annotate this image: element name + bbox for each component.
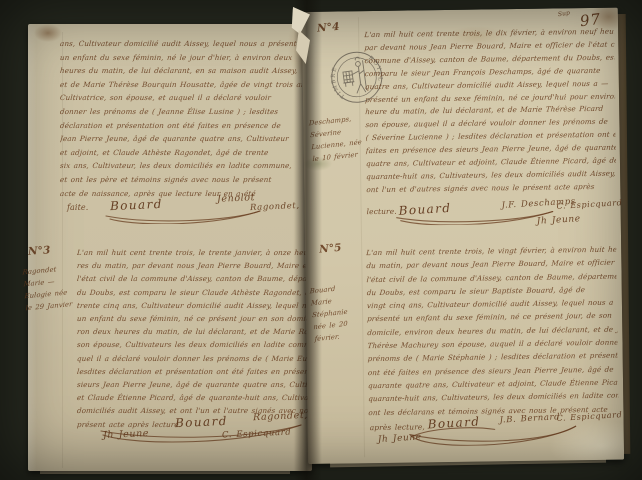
manuscript-line: six ans, Cultivateur, les deux domicilié… — [60, 159, 302, 173]
manuscript-line: ont l'un et d'autres signés avec nous le… — [366, 181, 617, 197]
entry-2-closing-word: faite. — [67, 203, 88, 212]
entry-2-body: ans, Cultivateur domicilié audit Aissey,… — [60, 37, 302, 200]
entry-3-body: L'an mil huit cent trente trois, le tren… — [77, 246, 311, 431]
manuscript-line: ron deux heures du matin, de lui déclara… — [77, 325, 311, 338]
manuscript-line: acte de naissance, après que lecture leu… — [60, 187, 302, 201]
manuscript-line: un enfant du sexe féminin, né le jour d'… — [60, 51, 302, 65]
signature-officer-bouard: Bouard — [110, 197, 163, 213]
manuscript-line: et adjoint, et Claude Athèste Ragondet, … — [60, 146, 302, 160]
entry-3-margin-note: RagondetMarie —Eulogie néele 29 Janvier — [22, 262, 78, 314]
entry-4-body: L'an mil huit cent trente trois, le dix … — [364, 26, 616, 197]
manuscript-line: l'état civil de la commune d'Aissey, can… — [77, 272, 311, 285]
manuscript-line: trente cinq ans, Cultivateur domicilié a… — [77, 299, 311, 312]
manuscript-line: Cultivatrice, son épouse, et auquel il a… — [60, 91, 302, 105]
signature-officer-bouard: Bouard — [427, 414, 480, 431]
gutter-shadow — [294, 0, 322, 480]
manuscript-line: et de Marie Thérèse Bourquin Housatte, â… — [60, 78, 302, 92]
manuscript-line: déclaration et présentation ont été fait… — [60, 119, 302, 133]
manuscript-line: lesdites déclaration et présentation ont… — [77, 365, 311, 378]
entry-5-body: L'an mil huit cent trente trois, le ving… — [366, 243, 618, 419]
manuscript-line: et Claude Étienne Picard, âgé de quarant… — [77, 391, 311, 404]
signature-witness-ragondet: Ragondet, — [250, 201, 300, 213]
manuscript-line: sieurs Jean Pierre Jeune, âgé de quarant… — [77, 378, 311, 391]
signature-witness-espicquard: C. Espicquard — [222, 427, 292, 440]
folio-paraph: Sup — [557, 9, 570, 18]
left-page: ans, Cultivateur domicilié audit Aissey,… — [28, 24, 312, 471]
signature-officer-bouard: Bouard — [398, 201, 451, 218]
signature-witness-jh-jeune: Jh Jeune — [103, 428, 149, 441]
manuscript-line: heures du matin, de lui déclarant, en sa… — [60, 64, 302, 78]
entry-3-number: N°3 — [28, 244, 51, 258]
scanned-register-spread: ans, Cultivateur domicilié audit Aissey,… — [0, 0, 642, 480]
entry-5-closing-word: après lecture, — [370, 422, 425, 432]
entry-5-number: N°5 — [319, 242, 342, 256]
manuscript-line: L'an mil huit cent trente trois, le tren… — [77, 246, 311, 259]
manuscript-line: ans, Cultivateur domicilié audit Aissey,… — [60, 37, 302, 51]
entry-4-closing-word: lecture. — [367, 207, 397, 216]
manuscript-line: donner les prénoms de ( Jeanne Élise Lus… — [60, 105, 302, 119]
signature-witness-jh-jeune: Jh Jeune — [378, 432, 422, 445]
signature-officer-bouard: Bouard — [175, 414, 228, 430]
manuscript-line: son épouse, Cultivateurs les deux domici… — [77, 338, 311, 351]
signature-witness-jh-jeune: Jh Jeune — [537, 214, 581, 227]
manuscript-line: et ont les père et témoins signés avec n… — [60, 173, 302, 187]
manuscript-line: du Doubs, est comparu le sieur Claude At… — [77, 286, 311, 299]
manuscript-line: Jean Pierre Jeune, âgé de quarante quatr… — [60, 132, 302, 146]
manuscript-line: res du matin, par devant nous Jean Pierr… — [77, 259, 311, 272]
manuscript-line: quel il a déclaré vouloir donner les pré… — [77, 352, 311, 365]
right-page: Sup 97 N°4 TIMBRE ROY — [302, 8, 624, 464]
signature-father-jb-bernard: J.B. Bernard — [499, 412, 560, 425]
manuscript-line: un enfant du sexe féminin, né ce présent… — [77, 312, 311, 325]
